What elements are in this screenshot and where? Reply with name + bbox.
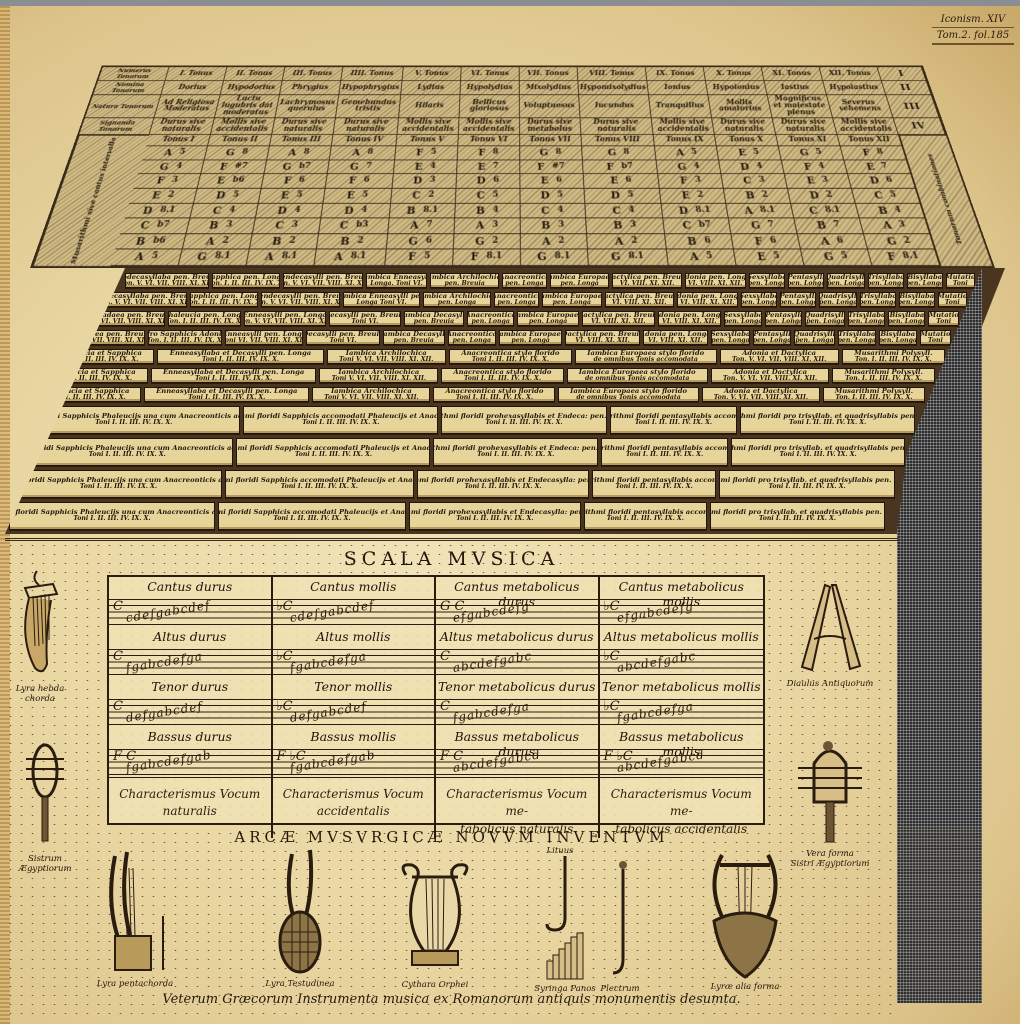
drawer-tones: Toni I. II. III. IV. IX. X. bbox=[95, 420, 172, 427]
interval-cell: A5 bbox=[111, 250, 183, 266]
interval-number: 6 bbox=[704, 237, 711, 246]
note-letter: F bbox=[886, 252, 897, 263]
drawer[interactable]: Asclepiadaea pen. BreuiaTon. V. VI. VII.… bbox=[81, 311, 165, 326]
drawer-tones: pen. Longa bbox=[529, 319, 567, 326]
drawer[interactable]: Musarithmi Polysyll.Ton. I. II. III. IV.… bbox=[832, 368, 935, 383]
tone-nature-cell: Tranquillus bbox=[649, 95, 712, 118]
voice-name: Altus mollis bbox=[273, 629, 435, 644]
sistrum-label: Sistrum Ægyptiorum bbox=[18, 854, 71, 874]
drawer[interactable]: Adonia et DactylicaTon. V. VI. VII. VIII… bbox=[720, 349, 839, 364]
voice-cell: Altus mollis♭Cfgabcdefga bbox=[273, 627, 437, 677]
characterismus-line2: naturalis bbox=[109, 803, 271, 820]
tone-nature-cell: Hilaris bbox=[399, 95, 460, 118]
interval-number: 8.1 bbox=[281, 253, 298, 262]
note-letter: C bbox=[808, 205, 819, 215]
drawer[interactable]: MutatioToni bbox=[920, 330, 951, 345]
drawer[interactable]: Anacreontica stylo floridoToni I. II. II… bbox=[441, 368, 563, 383]
drawer-tones: Toni I. II. III. IV. IX. X. bbox=[472, 357, 549, 364]
drawer-row: Musarithmi floridi Sapphicis Phaleucijs … bbox=[5, 436, 1005, 468]
drawer[interactable]: Sexsyllabapen. Longa bbox=[724, 311, 762, 326]
drawer-tones: pen. Longa bbox=[827, 281, 865, 288]
interval-cell: A3 bbox=[454, 218, 520, 233]
drawer[interactable]: Enneasylli pen. LongaToni VI. VII. VIII.… bbox=[225, 330, 303, 345]
drawer[interactable]: Adonia pen. LongaVI. VIII. XI. XII. bbox=[685, 273, 746, 288]
interval-cell: D4 bbox=[255, 203, 323, 218]
drawer[interactable]: Musarithmi floridi Sapphicis accomodati … bbox=[225, 470, 414, 498]
drawer[interactable]: Iambica EnneasylliLonga. Toni VI. bbox=[366, 273, 428, 288]
drawer[interactable]: Musarithmi floridi pentasyllabis accomod… bbox=[592, 470, 716, 498]
voice-cell: Altus durusCfgabcdefga bbox=[109, 627, 273, 677]
drawer-tones: Toni V. VI. VII. VIII. XI. XII. bbox=[332, 376, 427, 383]
interval-cell: A8 bbox=[267, 146, 332, 160]
drawer[interactable]: Musarithmi Polysyll.Ton. I. II. III. IV.… bbox=[823, 387, 925, 402]
interval-number: 2 bbox=[761, 191, 769, 199]
note-letter: C bbox=[612, 205, 621, 215]
note-letter: F bbox=[348, 176, 357, 186]
drawer-tones: pen. Longa bbox=[806, 319, 844, 326]
tone-sign-cell: Durus sive naturalis bbox=[580, 118, 654, 135]
interval-number: 5 bbox=[753, 149, 760, 157]
note-letter: G bbox=[225, 148, 236, 158]
voice-name: Tenor metabolicus mollis bbox=[600, 679, 764, 694]
note-letter: C bbox=[682, 220, 692, 231]
interval-cell: F5 bbox=[395, 146, 458, 160]
note-letter: D bbox=[611, 190, 621, 200]
note-letter: A bbox=[205, 236, 216, 247]
drawer[interactable]: MutatioToni bbox=[946, 273, 975, 288]
interval-number: 2 bbox=[558, 237, 564, 246]
note-letter: F bbox=[606, 162, 614, 172]
note-letter: E bbox=[280, 190, 290, 200]
tone-number-cell: VII. Tonus bbox=[519, 67, 578, 81]
interval-number: 4 bbox=[294, 206, 301, 215]
note-letter: A bbox=[288, 148, 298, 158]
drawer[interactable]: Phaleucia et SapphicaToni I. II. III. IV… bbox=[45, 349, 154, 364]
interval-cell: E2 bbox=[129, 189, 197, 204]
interval-cell: F8.1 bbox=[453, 250, 521, 266]
lyra-testudinea-label: Lyra Testudinea bbox=[265, 979, 334, 989]
drawer[interactable]: Musarithmi floridi Sapphicis Phaleucijs … bbox=[21, 438, 233, 466]
note-letter: E bbox=[865, 162, 876, 172]
interval-number: 5 bbox=[150, 253, 159, 262]
drawer[interactable]: Musarithmi floridi pro trisyllab. et qua… bbox=[740, 406, 915, 434]
drawer[interactable]: Musarithmi floridi pentasyllabis accomod… bbox=[601, 438, 728, 466]
drawer-tones: de omnibus Tonis accomodata bbox=[593, 357, 697, 364]
clef-icon: C bbox=[440, 649, 450, 664]
interval-number: 8.1 bbox=[159, 206, 176, 215]
drawer[interactable]: Sexsyllabapen. Longa bbox=[741, 292, 778, 307]
note-letter: G bbox=[607, 148, 616, 158]
drawer-tones: pen. Longa bbox=[724, 319, 762, 326]
note-letter: G bbox=[282, 162, 292, 172]
interval-cell: Cb7 bbox=[120, 218, 190, 233]
drawer[interactable]: Enneasyllaba et Decasylli pen. LongaToni… bbox=[144, 387, 309, 402]
interval-cell: E5 bbox=[258, 189, 325, 204]
drawer[interactable]: Anacreontica stylo floridoToni I. II. II… bbox=[433, 387, 555, 402]
drawer-tones: Toni I. II. III. IV. IX. X. bbox=[635, 420, 712, 427]
interval-number: 5 bbox=[362, 191, 369, 199]
interval-number: 4 bbox=[628, 206, 635, 215]
drawer[interactable]: Iambica Enneasylli pen.Longa Toni VI. bbox=[343, 292, 419, 307]
drawer-tones: pen. Longa bbox=[497, 300, 535, 307]
interval-number: b6 bbox=[231, 177, 245, 185]
drawer[interactable]: MutatioToni bbox=[928, 311, 959, 326]
lyra-pentachorda: Lyra pentachorda bbox=[85, 846, 185, 989]
interval-cell: C5 bbox=[852, 189, 921, 204]
drawer[interactable]: Musarithmi floridi Sapphicis accomodati … bbox=[236, 438, 430, 466]
drawer[interactable]: Anacreonticapen. Longa bbox=[502, 273, 547, 288]
drawer[interactable]: Quadrisyllipen. Longa bbox=[805, 311, 845, 326]
drawer[interactable]: Quadrisyllipen. Longa bbox=[819, 292, 857, 307]
drawer[interactable]: Musarithmi floridi Sapphicis Phaleucijs … bbox=[15, 470, 222, 498]
drawer[interactable]: Enneasyllaba et Decasylli pen. LongaToni… bbox=[151, 368, 317, 383]
drawer-tones: pen. Longa bbox=[899, 300, 935, 307]
drawer-tones: Toni I. II. III. IV. IX. X. bbox=[49, 395, 126, 402]
drawer[interactable]: Dodecasyllaba pen. BreuiaTon. V. VI. VII… bbox=[125, 273, 209, 288]
drawer[interactable]: Adonia pen. LongaVI. VIII. XI. XII. bbox=[677, 292, 738, 307]
drawer[interactable]: Musarithmi floridi Sapphicis Phaleucijs … bbox=[27, 406, 240, 434]
drawer[interactable]: Musarithmi floridi Sapphicis Phaleucijs … bbox=[9, 502, 215, 530]
drawer[interactable]: Bisyllabapen. Longa bbox=[899, 292, 935, 307]
interval-number: 5 bbox=[296, 191, 303, 199]
drawer[interactable]: Sexsyllabapen. Longa bbox=[749, 273, 786, 288]
tone-nature-cell: Mollis amatorius bbox=[709, 95, 773, 118]
tone-name-cell: Hypolydius bbox=[460, 81, 519, 95]
drawer[interactable]: Trisyllabapen. Longa bbox=[868, 273, 904, 288]
drawer[interactable]: Iambica Europaea stylo floridode omnibus… bbox=[558, 387, 699, 402]
interval-number: 6 bbox=[425, 237, 432, 246]
note-letter: E bbox=[541, 176, 549, 186]
interval-number: 8 bbox=[623, 149, 629, 157]
drawer-tones: Toni I. II. III. IV. IX. X. bbox=[779, 452, 856, 459]
tone-nature-cell: Iucundus bbox=[579, 95, 652, 118]
drawer[interactable]: Musarithmi Polysyll.Ton. I. II. III. IV.… bbox=[842, 349, 945, 364]
drawer-tones: pen. Longa bbox=[838, 338, 876, 345]
interval-cell: F4 bbox=[782, 160, 848, 174]
lyre-icon bbox=[15, 566, 65, 681]
drawer[interactable]: Musarithmi floridi pro trisyllab. et qua… bbox=[719, 470, 895, 498]
interval-cell: C2 bbox=[391, 189, 456, 204]
interval-cell: G4 bbox=[657, 160, 722, 174]
interval-number: 8.1 bbox=[628, 253, 644, 262]
drawer[interactable]: Iambica ArchilochicaToni V. VI. VII. VII… bbox=[312, 387, 430, 402]
drawer[interactable]: Adonia pen. LongaVI. VIII. XI. XII. bbox=[658, 311, 722, 326]
tonus-header: Tonus X bbox=[715, 135, 779, 146]
drawer-tones: Ton. I. II. III. IV. IX. X. bbox=[148, 338, 222, 345]
interval-number: 5 bbox=[627, 191, 634, 199]
drawer[interactable]: Pro Sapphicis AdoniaTon. I. II. III. IV.… bbox=[148, 330, 222, 345]
drawer[interactable]: Bisyllabapen. Longa bbox=[879, 330, 917, 345]
interval-cell: C4 bbox=[520, 203, 586, 218]
drawer-tones: VI. VIII. XI. XII. bbox=[575, 338, 630, 345]
note-letter: A bbox=[542, 236, 551, 247]
roman-numeral: II bbox=[882, 81, 932, 95]
interval-cell: B4 bbox=[455, 203, 520, 218]
tonus-header: Tonus IV bbox=[331, 135, 397, 146]
note-letter: A bbox=[820, 236, 831, 247]
tone-nature-cell: Severus vehemens bbox=[827, 95, 894, 118]
note-letter: G bbox=[408, 236, 418, 247]
note-letter: G bbox=[196, 252, 208, 263]
drawer[interactable]: Anacreonticapen. Longa bbox=[467, 311, 514, 326]
interval-number: 5 bbox=[557, 191, 563, 199]
interval-number: 7 bbox=[366, 163, 373, 171]
tonus-header: Tonus VII bbox=[520, 135, 582, 146]
interval-number: 2 bbox=[492, 237, 498, 246]
note-letter: G bbox=[537, 252, 547, 263]
drawer[interactable]: Iambica Decasyllipen. Breuia bbox=[383, 330, 445, 345]
drawer-tones: pen. Longa bbox=[888, 319, 925, 326]
tone-number-cell: V. Tonus bbox=[402, 67, 461, 81]
tone-name-cell: Lydius bbox=[401, 81, 461, 95]
tone-sign-cell: Durus sive naturalis bbox=[712, 118, 776, 135]
drawer[interactable]: Adonia et DactylicaTon. V. VI. VII. VIII… bbox=[711, 368, 830, 383]
drawer[interactable]: Musarithmi floridi prohexasyllabis et En… bbox=[417, 470, 589, 498]
drawer[interactable]: Hendecasylli pen. BreuiaTon. V. VI. VII.… bbox=[283, 273, 363, 288]
note-letter: E bbox=[478, 162, 486, 172]
drawer[interactable]: Anacreonticapen. Longa bbox=[448, 330, 496, 345]
drawer[interactable]: Sapphica pen. LongaTon. I. II. III. IV. … bbox=[212, 273, 279, 288]
interval-number: 8.1 bbox=[423, 206, 439, 215]
tonus-header: Tonus II bbox=[208, 135, 272, 146]
drawer-tones: pen. Longa bbox=[505, 281, 543, 288]
note-letter: G bbox=[886, 236, 898, 247]
interval-cell: D4 bbox=[321, 203, 391, 218]
drawer[interactable]: Quadrisyllipen. Longa bbox=[794, 330, 835, 345]
drawer[interactable]: Musarithmi floridi pro trisyllab. et qua… bbox=[731, 438, 905, 466]
interval-cell: Eb6 bbox=[197, 174, 264, 188]
drawer[interactable]: Adonia et DactylicaTon. V. VI. VII. VIII… bbox=[702, 387, 820, 402]
interval-cell: Bb6 bbox=[115, 234, 186, 250]
tone-sign-cell: Mollis sive accidentalis bbox=[459, 118, 520, 135]
drawer[interactable]: Dactylica pen. BreuiaVI. VIII. XI. XII. bbox=[612, 273, 681, 288]
drawer[interactable]: Enneasyllaba et Decasylli pen. LongaToni… bbox=[157, 349, 323, 364]
interval-number: 4 bbox=[430, 163, 436, 171]
drawer[interactable]: Sapphica pen. LongaTon. I. II. III. IV. … bbox=[190, 292, 257, 307]
drawer-tones: pen. Longa bbox=[438, 300, 476, 307]
drawer-tones: Ton. V. VI. VII. VIII. XI. XII. bbox=[103, 300, 187, 307]
note-letter: D bbox=[413, 176, 423, 186]
clef-icon: C bbox=[113, 699, 123, 714]
drawer[interactable]: Musarithmi floridi pentasyllabis accomod… bbox=[610, 406, 738, 434]
note-letter: E bbox=[806, 176, 816, 186]
tone-name-cell: Phrygius bbox=[280, 81, 341, 95]
drawer[interactable]: Iambica Archilochicapen. Breuia bbox=[430, 273, 499, 288]
tone-number-cell: VI. Tonus bbox=[461, 67, 520, 81]
drawer[interactable]: Musarithmi floridi prohexasyllabis et En… bbox=[409, 502, 581, 530]
tone-nature-cell: Voluptuosus bbox=[519, 95, 580, 118]
drawer-tones: Toni I. II. III. IV. IX. X. bbox=[464, 376, 541, 383]
drawer[interactable]: Iambica Archilochicapen. Longa bbox=[423, 292, 491, 307]
note-letter: F bbox=[803, 162, 813, 172]
interval-cell: A7 bbox=[388, 218, 455, 233]
tone-sign-cell: Mollis sive accidentalis bbox=[833, 118, 899, 135]
note-letter: A bbox=[410, 220, 419, 231]
drawer[interactable]: Quadrisyllipen. Longa bbox=[827, 273, 865, 288]
drawer-tones: Toni VI. VII. VIII. XI. XII. bbox=[225, 338, 303, 345]
interval-cell: B6 bbox=[665, 234, 734, 250]
interval-number: 2 bbox=[167, 191, 175, 199]
drawer[interactable]: Decasylli pen. BreuiaToni VI. bbox=[329, 311, 401, 326]
drawer-tones: pen. Longa bbox=[553, 300, 591, 307]
drawer-tones: pen. Longa bbox=[511, 338, 549, 345]
note-letter: F bbox=[155, 176, 165, 186]
note-letter: E bbox=[610, 176, 619, 186]
interval-cell: C3 bbox=[252, 218, 320, 233]
drawer-tones: Ton. I. II. III. IV. IX. X. bbox=[212, 281, 279, 288]
tone-sign-cell: Mollis sive accidentalis bbox=[652, 118, 715, 135]
note-letter: C bbox=[139, 220, 150, 231]
drawer[interactable]: Phaleucia et SapphicaToni I. II. III. IV… bbox=[39, 368, 148, 383]
plate-caption: Veterum Græcorum Instrumenta musica ex R… bbox=[5, 992, 898, 1007]
drawer-tones: Toni I. II. III. IV. IX. X. bbox=[485, 420, 562, 427]
drawer-tones: Ton. V. VI. VII. VIII. XI. XII. bbox=[244, 319, 326, 326]
note-letter: A bbox=[615, 236, 624, 247]
roman-numeral: I bbox=[877, 67, 926, 81]
interval-number: 8 bbox=[241, 149, 248, 157]
drawer[interactable]: Sexsyllabapen. Longa bbox=[711, 330, 750, 345]
diaulus-label: Diaulus Antiquorum bbox=[787, 679, 874, 689]
drawer[interactable]: Pentasyllipen. Longa bbox=[788, 273, 824, 288]
drawer[interactable]: Trisyllabapen. Longa bbox=[838, 330, 876, 345]
interval-cell: D2 bbox=[788, 189, 856, 204]
drawer-tones: Ton. V. VI. VII. VIII. XI. XII. bbox=[261, 300, 341, 307]
lituus: Lituus bbox=[535, 846, 585, 939]
drawer[interactable]: Anacreontica stylo floridoToni I. II. II… bbox=[449, 349, 572, 364]
drawer[interactable]: Anacreonticapen. Longa bbox=[494, 292, 539, 307]
drawer[interactable]: Bisyllabapen. Longa bbox=[907, 273, 943, 288]
note-letter: G bbox=[159, 162, 170, 172]
drawer-tones: pen. Longa bbox=[753, 338, 791, 345]
drawer-tones: Toni I. II. III. IV. IX. X. bbox=[616, 484, 693, 491]
interval-number: 6 bbox=[625, 177, 632, 185]
note-letter: G bbox=[799, 148, 810, 158]
drawer[interactable]: Musarithmi floridi Sapphicis accomodati … bbox=[243, 406, 438, 434]
pan-flute-icon bbox=[545, 931, 585, 981]
note-letter: B bbox=[745, 190, 756, 200]
drawer[interactable]: Dactylica pen. BreuiaVI. VIII. XI. XII. bbox=[605, 292, 674, 307]
note-letter: A bbox=[352, 148, 361, 158]
note-letter: F bbox=[754, 236, 764, 247]
drawer[interactable]: Trisyllabapen. Longa bbox=[848, 311, 885, 326]
drawer-row: Dodecasyllaba pen. BreuiaTon. V. VI. VII… bbox=[5, 271, 1005, 290]
drawer[interactable]: Dactylica pen. BreuiaVI. VIII. XI. XII. bbox=[565, 330, 639, 345]
voice-cell: Tenor durusCdefgabcdef bbox=[109, 677, 273, 727]
interval-number: 2 bbox=[631, 237, 638, 246]
note-letter: D bbox=[277, 205, 288, 215]
interval-cell: D5 bbox=[520, 189, 585, 204]
interval-cell: F8 bbox=[457, 146, 519, 160]
drawer[interactable]: Musarithmi floridi prohexasyllabis et En… bbox=[441, 406, 606, 434]
drawer-tones: Ton. V. VI. VII. VIII. XI. XII. bbox=[125, 281, 209, 288]
drawer[interactable]: Iambica Decasyllipen. Breuia bbox=[404, 311, 465, 326]
drawer[interactable]: Pentasyllipen. Longa bbox=[765, 311, 802, 326]
drawer[interactable]: Dodecasyllaba pen. BreuiaTon. V. VI. VII… bbox=[103, 292, 187, 307]
drawer[interactable]: Musarithmi floridi pentasyllabis accomod… bbox=[584, 502, 707, 530]
drawer[interactable]: Adonia pen. LongaVI. VIII. XI. XII. bbox=[643, 330, 708, 345]
note-letter: C bbox=[742, 176, 752, 186]
tonus-header: Tonus VIII bbox=[581, 135, 655, 146]
drawer[interactable]: Phaleucia pen. LongaTon. I. II. III. IV.… bbox=[168, 311, 240, 326]
drawer[interactable]: Hendecasylli pen. BreuiaTon. V. VI. VII.… bbox=[261, 292, 341, 307]
drawer-row: Dodecasyllaba pen. BreuiaTon. V. VI. VII… bbox=[5, 290, 1005, 309]
interval-number: 8.1 bbox=[759, 206, 776, 215]
voice-name: Altus metabolicus durus bbox=[436, 629, 598, 644]
drawer[interactable]: Pentasyllipen. Longa bbox=[780, 292, 816, 307]
drawer-tones: pen. Breuia bbox=[394, 338, 434, 345]
roman-numeral: IV bbox=[894, 118, 946, 135]
drawer-tones: Toni I. II. III. IV. IX. X. bbox=[464, 484, 541, 491]
note-letter: E bbox=[151, 190, 162, 200]
note-letter: B bbox=[816, 220, 828, 231]
kithara-icon bbox=[390, 859, 480, 977]
note-letter: A bbox=[476, 220, 485, 231]
drawer-tones: Toni bbox=[928, 338, 943, 345]
drawer[interactable]: Bisyllabapen. Longa bbox=[888, 311, 925, 326]
interval-cell: A2 bbox=[182, 234, 252, 250]
drawer[interactable]: Iambica Europaea stylo floridode omnibus… bbox=[575, 349, 717, 364]
drawer-tones: Ton. V. VI. VII. VIII. XI. XII. bbox=[81, 319, 165, 326]
voice-cell: Bassus durusF Cfgabcdefgab bbox=[109, 727, 273, 777]
drawer[interactable]: Musarithmi floridi prohexasyllabis et En… bbox=[433, 438, 597, 466]
drawer[interactable]: Enneasylli pen. LongaTon. V. VI. VII. VI… bbox=[244, 311, 326, 326]
voice-cell: Altus metabolicus mollis♭Cabcdefgabc bbox=[600, 627, 764, 677]
interval-cell: F8.1 bbox=[868, 250, 940, 266]
drawer[interactable]: Iambica ArchilochicaToni V. VI. VII. VII… bbox=[327, 349, 446, 364]
drawer[interactable]: Iambica Europaeapen. Longa bbox=[517, 311, 579, 326]
tone-number-cell: X. Tonus bbox=[704, 67, 765, 81]
interval-cell: Fb7 bbox=[582, 160, 658, 174]
interval-cell: A6 bbox=[798, 234, 868, 250]
drawer[interactable]: Iambica Europaeapen. Longa bbox=[499, 330, 563, 345]
drawer[interactable]: Iambica Europaeapen. Longa bbox=[550, 273, 609, 288]
interval-cell: A8 bbox=[329, 146, 396, 160]
drawer[interactable]: Decasylli pen. BreuiaToni VI. bbox=[306, 330, 379, 345]
tonal-table: Numerus TonorumI. TonusII. TonusIII. Ton… bbox=[30, 66, 995, 268]
drawer[interactable]: Asclepiadaea pen. BreuiaTon. V. VI. VII.… bbox=[59, 330, 145, 345]
drawer[interactable]: Iambica ArchilochicaToni V. VI. VII. VII… bbox=[319, 368, 438, 383]
characterismus-line1: Characterismus Vocum bbox=[273, 786, 435, 803]
drawer[interactable]: Trisyllabapen. Longa bbox=[860, 292, 896, 307]
interval-cell: D4 bbox=[719, 160, 785, 174]
drawer[interactable]: Phaleucia et SapphicaToni I. II. III. IV… bbox=[33, 387, 141, 402]
tone-number-cell: IX. Tonus bbox=[646, 67, 706, 81]
tone-sign-cell: Mollis sive accidentalis bbox=[211, 118, 276, 135]
plectrum: Plectrum bbox=[595, 859, 645, 994]
interval-cell: B2 bbox=[316, 234, 388, 250]
drawer-tones: pen. Longa bbox=[471, 319, 509, 326]
drawer-tones: Toni I. II. III. IV. IX. X. bbox=[789, 420, 866, 427]
drawer[interactable]: Musarithmi floridi pro trisyllab. et qua… bbox=[710, 502, 885, 530]
interval-number: 2 bbox=[825, 191, 833, 199]
interval-number: 6 bbox=[493, 177, 499, 185]
cythara-label: Cythara Orphei bbox=[402, 980, 469, 990]
interval-cell: G4 bbox=[138, 160, 205, 174]
interval-cell: G7 bbox=[327, 160, 395, 174]
drawer[interactable]: Musarithmi floridi Sapphicis accomodati … bbox=[218, 502, 406, 530]
drawer-row: Phaleucia et SapphicaToni I. II. III. IV… bbox=[5, 347, 1005, 366]
note-letter: D bbox=[344, 205, 354, 215]
note-letter: F bbox=[219, 162, 228, 172]
drawer[interactable]: Iambica Europaea stylo floridode omnibus… bbox=[567, 368, 708, 383]
drawer[interactable]: Iambica Europaeapen. Longa bbox=[542, 292, 601, 307]
interval-number: 2 bbox=[428, 191, 434, 199]
drawer[interactable]: Dactylica pen. BreuiaVI. VIII. XI. XII. bbox=[582, 311, 654, 326]
drawer[interactable]: MutatioToni bbox=[938, 292, 967, 307]
drawer[interactable]: Pentasyllipen. Longa bbox=[753, 330, 791, 345]
lituus-label: Lituus bbox=[546, 846, 573, 856]
interval-number: 8.1 bbox=[214, 253, 232, 262]
